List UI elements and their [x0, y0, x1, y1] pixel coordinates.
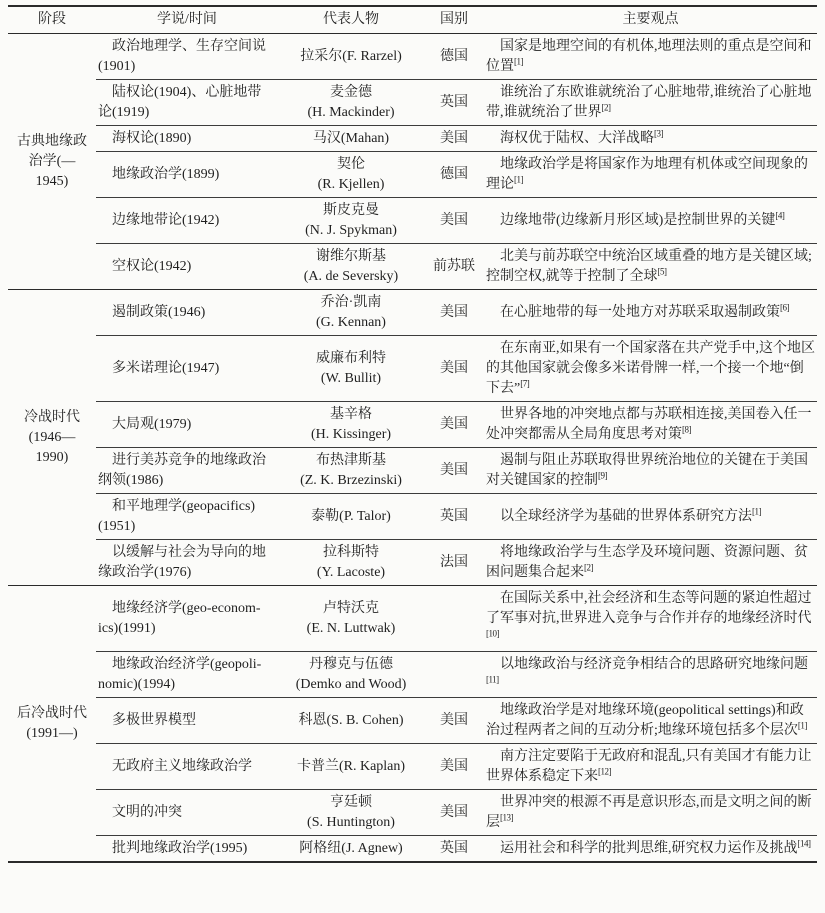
theory-cell: 地缘政治学(1899)	[96, 152, 278, 198]
theory-cell: 批判地缘政治学(1995)	[96, 836, 278, 863]
table-row: 地缘政治学(1899) 契伦 (R. Kjellen) 德国 地缘政治学是将国家…	[8, 152, 817, 198]
person-cell: 威廉布利特 (W. Bullit)	[278, 336, 424, 402]
citation-ref: [5]	[658, 266, 667, 276]
country-cell: 英国	[424, 836, 484, 863]
person-cell: 丹穆克与伍德 (Demko and Wood)	[278, 652, 424, 698]
citation-ref: [3]	[654, 128, 663, 138]
person-cell: 乔治·凯南 (G. Kennan)	[278, 290, 424, 336]
viewpoint-cell: 海权优于陆权、大洋战略[3]	[484, 126, 817, 152]
table-row: 大局观(1979) 基辛格 (H. Kissinger) 美国 世界各地的冲突地…	[8, 402, 817, 448]
viewpoint-cell: 地缘政治学是将国家作为地理有机体或空间现象的理论[1]	[484, 152, 817, 198]
country-cell: 前苏联	[424, 244, 484, 290]
person-cell: 契伦 (R. Kjellen)	[278, 152, 424, 198]
header-row: 阶段 学说/时间 代表人物 国别 主要观点	[8, 6, 817, 34]
table-row: 空权论(1942) 谢维尔斯基 (A. de Seversky) 前苏联 北美与…	[8, 244, 817, 290]
country-cell: 美国	[424, 290, 484, 336]
country-cell: 美国	[424, 126, 484, 152]
country-cell: 美国	[424, 698, 484, 744]
theory-cell: 地缘经济学(geo-econom- ics)(1991)	[96, 586, 278, 652]
col-header-theory: 学说/时间	[96, 6, 278, 34]
theory-cell: 多极世界模型	[96, 698, 278, 744]
viewpoint-cell: 北美与前苏联空中统治区域重叠的地方是关键区域;控制空权,就等于控制了全球[5]	[484, 244, 817, 290]
citation-ref: [6]	[780, 302, 789, 312]
theory-cell: 空权论(1942)	[96, 244, 278, 290]
person-cell: 阿格纽(J. Agnew)	[278, 836, 424, 863]
stage-cell: 冷战时代 (1946— 1990)	[8, 290, 96, 586]
geopolitics-theories-table: 阶段 学说/时间 代表人物 国别 主要观点 古典地缘政 治学(— 1945) 政…	[8, 5, 817, 863]
table-row: 海权论(1890) 马汉(Mahan) 美国 海权优于陆权、大洋战略[3]	[8, 126, 817, 152]
person-cell: 斯皮克曼 (N. J. Spykman)	[278, 198, 424, 244]
citation-ref: [1]	[798, 720, 807, 730]
person-cell: 麦金德 (H. Mackinder)	[278, 80, 424, 126]
country-cell: 英国	[424, 494, 484, 540]
country-cell: 美国	[424, 790, 484, 836]
theory-cell: 边缘地带论(1942)	[96, 198, 278, 244]
theory-cell: 以缓解与社会为导向的地 缘政治学(1976)	[96, 540, 278, 586]
theory-cell: 大局观(1979)	[96, 402, 278, 448]
table-row: 边缘地带论(1942) 斯皮克曼 (N. J. Spykman) 美国 边缘地带…	[8, 198, 817, 244]
theory-cell: 遏制政策(1946)	[96, 290, 278, 336]
theory-cell: 多米诺理论(1947)	[96, 336, 278, 402]
col-header-country: 国别	[424, 6, 484, 34]
theory-cell: 无政府主义地缘政治学	[96, 744, 278, 790]
country-cell: 美国	[424, 402, 484, 448]
viewpoint-cell: 地缘政治学是对地缘环境(geopolitical settings)和政治过程两…	[484, 698, 817, 744]
citation-ref: [9]	[598, 470, 607, 480]
viewpoint-cell: 南方注定要陷于无政府和混乱,只有美国才有能力让世界体系稳定下来[12]	[484, 744, 817, 790]
table-row: 冷战时代 (1946— 1990) 遏制政策(1946) 乔治·凯南 (G. K…	[8, 290, 817, 336]
person-cell: 卢特沃克 (E. N. Luttwak)	[278, 586, 424, 652]
viewpoint-cell: 世界冲突的根源不再是意识形态,而是文明之间的断层[13]	[484, 790, 817, 836]
table-row: 多米诺理论(1947) 威廉布利特 (W. Bullit) 美国 在东南亚,如果…	[8, 336, 817, 402]
citation-ref: [8]	[682, 424, 691, 434]
stage-cell: 古典地缘政 治学(— 1945)	[8, 34, 96, 290]
citation-ref: [4]	[775, 210, 784, 220]
person-cell: 谢维尔斯基 (A. de Seversky)	[278, 244, 424, 290]
theory-cell: 文明的冲突	[96, 790, 278, 836]
citation-ref: [10]	[486, 628, 499, 638]
viewpoint-cell: 以地缘政治与经济竞争相结合的思路研究地缘问题[11]	[484, 652, 817, 698]
viewpoint-cell: 边缘地带(边缘新月形区域)是控制世界的关键[4]	[484, 198, 817, 244]
document-page: 阶段 学说/时间 代表人物 国别 主要观点 古典地缘政 治学(— 1945) 政…	[0, 0, 825, 913]
country-cell: 美国	[424, 448, 484, 494]
viewpoint-cell: 在国际关系中,社会经济和生态等问题的紧迫性超过了军事对抗,世界进入竞争与合作并存…	[484, 586, 817, 652]
viewpoint-cell: 遏制与阻止苏联取得世界统治地位的关键在于美国对关键国家的控制[9]	[484, 448, 817, 494]
table-row: 无政府主义地缘政治学 卡普兰(R. Kaplan) 美国 南方注定要陷于无政府和…	[8, 744, 817, 790]
viewpoint-cell: 运用社会和科学的批判思维,研究权力运作及挑战[14]	[484, 836, 817, 863]
citation-ref: [1]	[752, 506, 761, 516]
table-row: 古典地缘政 治学(— 1945) 政治地理学、生存空间说 (1901) 拉采尔(…	[8, 34, 817, 80]
viewpoint-cell: 国家是地理空间的有机体,地理法则的重点是空间和位置[1]	[484, 34, 817, 80]
citation-ref: [14]	[798, 838, 811, 848]
person-cell: 马汉(Mahan)	[278, 126, 424, 152]
table-row: 以缓解与社会为导向的地 缘政治学(1976) 拉科斯特 (Y. Lacoste)…	[8, 540, 817, 586]
viewpoint-cell: 将地缘政治学与生态学及环境问题、资源问题、贫困问题集合起来[2]	[484, 540, 817, 586]
country-cell: 德国	[424, 152, 484, 198]
country-cell: 美国	[424, 198, 484, 244]
table-row: 陆权论(1904)、心脏地带 论(1919) 麦金德 (H. Mackinder…	[8, 80, 817, 126]
theory-cell: 陆权论(1904)、心脏地带 论(1919)	[96, 80, 278, 126]
country-cell: 法国	[424, 540, 484, 586]
person-cell: 布热津斯基 (Z. K. Brzezinski)	[278, 448, 424, 494]
person-cell: 卡普兰(R. Kaplan)	[278, 744, 424, 790]
citation-ref: [13]	[500, 812, 513, 822]
theory-cell: 政治地理学、生存空间说 (1901)	[96, 34, 278, 80]
person-cell: 泰勒(P. Talor)	[278, 494, 424, 540]
theory-cell: 地缘政治经济学(geopoli- nomic)(1994)	[96, 652, 278, 698]
table-row: 地缘政治经济学(geopoli- nomic)(1994) 丹穆克与伍德 (De…	[8, 652, 817, 698]
theory-cell: 进行美苏竞争的地缘政治 纲领(1986)	[96, 448, 278, 494]
country-cell: 德国	[424, 34, 484, 80]
viewpoint-cell: 谁统治了东欧谁就统治了心脏地带,谁统治了心脏地带,谁就统治了世界[2]	[484, 80, 817, 126]
viewpoint-cell: 世界各地的冲突地点都与苏联相连接,美国卷入任一处冲突都需从全局角度思考对策[8]	[484, 402, 817, 448]
person-cell: 拉采尔(F. Rarzel)	[278, 34, 424, 80]
viewpoint-cell: 以全球经济学为基础的世界体系研究方法[1]	[484, 494, 817, 540]
citation-ref: [2]	[602, 102, 611, 112]
country-cell: 美国	[424, 744, 484, 790]
table-row: 后冷战时代 (1991—) 地缘经济学(geo-econom- ics)(199…	[8, 586, 817, 652]
country-cell	[424, 586, 484, 652]
theory-cell: 和平地理学(geopacifics) (1951)	[96, 494, 278, 540]
citation-ref: [11]	[486, 674, 499, 684]
person-cell: 基辛格 (H. Kissinger)	[278, 402, 424, 448]
citation-ref: [2]	[584, 562, 593, 572]
theory-cell: 海权论(1890)	[96, 126, 278, 152]
country-cell: 英国	[424, 80, 484, 126]
table-row: 文明的冲突 亨廷顿 (S. Huntington) 美国 世界冲突的根源不再是意…	[8, 790, 817, 836]
person-cell: 亨廷顿 (S. Huntington)	[278, 790, 424, 836]
country-cell	[424, 652, 484, 698]
citation-ref: [1]	[514, 174, 523, 184]
citation-ref: [7]	[520, 378, 529, 388]
viewpoint-cell: 在心脏地带的每一处地方对苏联采取遏制政策[6]	[484, 290, 817, 336]
table-row: 和平地理学(geopacifics) (1951) 泰勒(P. Talor) 英…	[8, 494, 817, 540]
person-cell: 拉科斯特 (Y. Lacoste)	[278, 540, 424, 586]
stage-cell: 后冷战时代 (1991—)	[8, 586, 96, 863]
citation-ref: [12]	[598, 766, 611, 776]
col-header-person: 代表人物	[278, 6, 424, 34]
col-header-stage: 阶段	[8, 6, 96, 34]
citation-ref: [1]	[514, 56, 523, 66]
person-cell: 科恩(S. B. Cohen)	[278, 698, 424, 744]
col-header-viewpoint: 主要观点	[484, 6, 817, 34]
table-row: 多极世界模型 科恩(S. B. Cohen) 美国 地缘政治学是对地缘环境(ge…	[8, 698, 817, 744]
table-row: 进行美苏竞争的地缘政治 纲领(1986) 布热津斯基 (Z. K. Brzezi…	[8, 448, 817, 494]
table-row: 批判地缘政治学(1995) 阿格纽(J. Agnew) 英国 运用社会和科学的批…	[8, 836, 817, 863]
country-cell: 美国	[424, 336, 484, 402]
viewpoint-cell: 在东南亚,如果有一个国家落在共产党手中,这个地区的其他国家就会像多米诺骨牌一样,…	[484, 336, 817, 402]
